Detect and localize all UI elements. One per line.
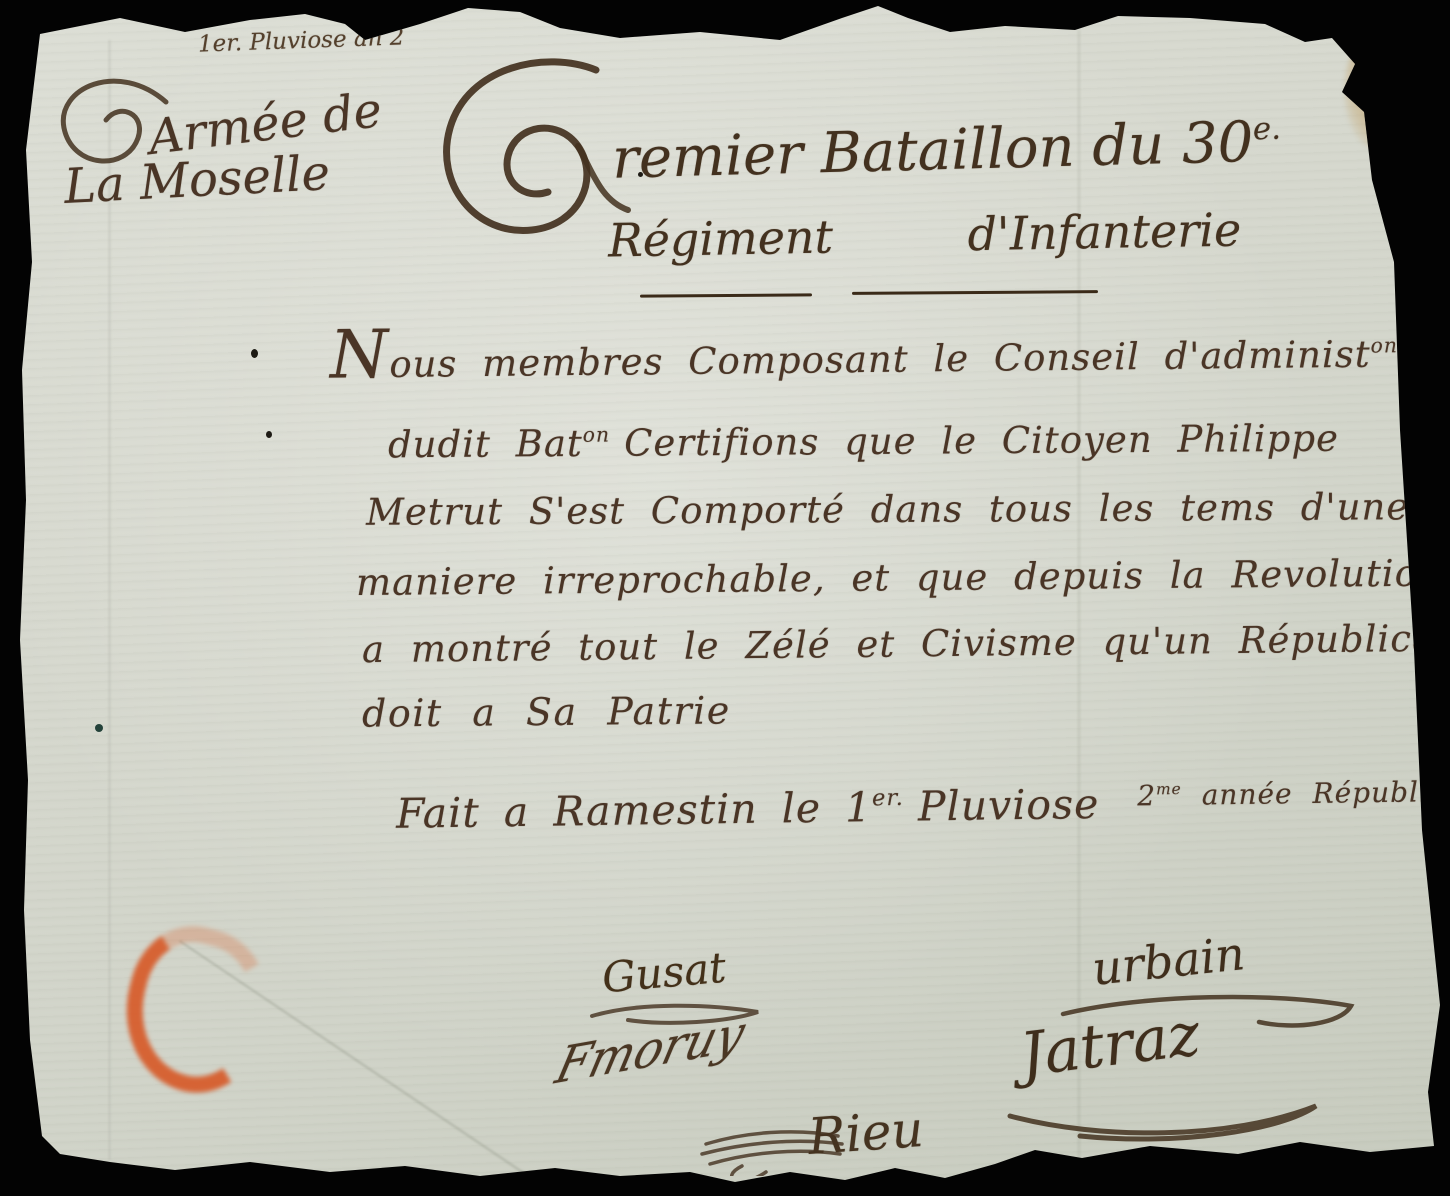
wax-seal-stain bbox=[108, 913, 285, 1106]
signature-gusat: Gusat bbox=[600, 943, 728, 1003]
dateline-main: Fait a Ramestin le 1 bbox=[396, 783, 873, 838]
dateline-year: 2me année Républicaine bbox=[1137, 774, 1450, 812]
header-title: remier Bataillon du 30e. bbox=[611, 109, 1282, 191]
header-regiment: Régiment bbox=[608, 210, 834, 268]
photo-background: 1er. Pluviose an 2 Armée de La Moselle r… bbox=[0, 0, 1450, 1196]
dateline-year-number: 2 bbox=[1137, 779, 1156, 812]
header-line2: Régiment d'Infanterie bbox=[608, 202, 1242, 267]
header-title-superscript: e. bbox=[1252, 111, 1281, 148]
body-line-1-superscript: on. bbox=[1370, 333, 1405, 357]
header-title-rest: remier Bataillon du 30 bbox=[611, 110, 1254, 192]
dateline-month: Pluviose bbox=[918, 780, 1100, 831]
signature-jatraz-underline-icon bbox=[1000, 1086, 1330, 1146]
top-annotation: 1er. Pluviose an 2 bbox=[198, 24, 405, 57]
body-line-3: Metrut S'est Comporté dans tous les tems… bbox=[366, 485, 1409, 533]
body-line-2-post: Certifions que le Citoyen Philippe bbox=[624, 417, 1339, 465]
header-infanterie: d'Infanterie bbox=[967, 202, 1242, 261]
corner-stain bbox=[1344, 32, 1410, 150]
body-line-1: Nous membres Composant le Conseil d'admi… bbox=[330, 332, 1406, 386]
header-initial-p-flourish-icon bbox=[428, 58, 638, 248]
signature-rieu: Rieu bbox=[806, 1100, 925, 1166]
body-line-1-initial: N bbox=[330, 315, 390, 394]
ink-rule-right bbox=[852, 290, 1098, 295]
dateline-year-rest: année Républicaine bbox=[1201, 774, 1450, 811]
manuscript-paper: 1er. Pluviose an 2 Armée de La Moselle r… bbox=[0, 0, 1450, 1196]
body-line-2-pre: dudit Bat bbox=[388, 422, 583, 466]
signature-jatraz: Jatraz bbox=[1016, 999, 1203, 1090]
ink-speck bbox=[266, 431, 272, 438]
signature-urbain: urbain bbox=[1090, 926, 1248, 996]
body-line-2: dudit BatonCertifions que le Citoyen Phi… bbox=[388, 417, 1339, 467]
ink-rule-left bbox=[640, 293, 812, 297]
body-line-6: doit a Sa Patrie bbox=[362, 688, 731, 735]
dateline-year-superscript: me bbox=[1156, 780, 1182, 798]
body-line-5: a montré tout le Zélé et Civisme qu'un R… bbox=[362, 616, 1450, 671]
body-line-2-superscript: on bbox=[583, 423, 611, 447]
ink-speck bbox=[251, 349, 258, 358]
body-line-1-text: ous membres Composant le Conseil d'admin… bbox=[389, 333, 1371, 386]
body-line-4: maniere irreprochable, et que depuis la … bbox=[356, 551, 1450, 604]
ink-speck bbox=[95, 724, 103, 732]
dateline: Fait a Ramestin le 1er.Pluviose 2me anné… bbox=[396, 774, 1450, 838]
dateline-superscript: er. bbox=[872, 785, 904, 811]
